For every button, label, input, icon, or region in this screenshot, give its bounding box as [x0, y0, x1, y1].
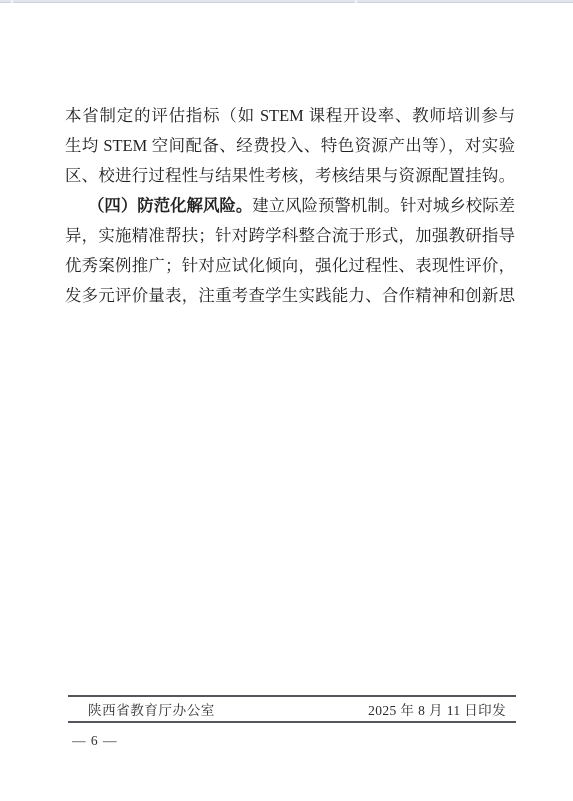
top-edge-notch [11, 0, 13, 3]
page-number: — 6 — [72, 733, 118, 749]
footer-rule-bottom [68, 721, 516, 723]
body-line: 生均 STEM 空间配备、经费投入、特色资源产出等），对实验 [65, 131, 515, 161]
text-run: 建立风险预警机制。针对城乡校际差 [252, 196, 515, 215]
body-text: 本省制定的评估指标（如 STEM 课程开设率、教师培训参与率、 生均 STEM … [65, 101, 515, 311]
body-line: （四）防范化解风险。建立风险预警机制。针对城乡校际差 [65, 191, 515, 221]
paragraph-1: 本省制定的评估指标（如 STEM 课程开设率、教师培训参与率、 生均 STEM … [65, 101, 515, 191]
window-top-edge [0, 0, 573, 3]
top-edge-notch [355, 0, 357, 3]
footer-issuer: 陕西省教育厅办公室 [88, 699, 215, 719]
footer-row: 陕西省教育厅办公室 2025 年 8 月 11 日印发 [68, 697, 516, 721]
section-heading-bold: （四）防范化解风险。 [88, 196, 252, 215]
body-line: 发多元评价量表，注重考查学生实践能力、合作精神和创新思维。 [65, 281, 515, 311]
paragraph-2: （四）防范化解风险。建立风险预警机制。针对城乡校际差 异，实施精准帮扶；针对跨学… [65, 191, 515, 311]
body-line: 区、校进行过程性与结果性考核，考核结果与资源配置挂钩。 [65, 161, 515, 191]
body-line: 本省制定的评估指标（如 STEM 课程开设率、教师培训参与率、 [65, 101, 515, 131]
document-page: 本省制定的评估指标（如 STEM 课程开设率、教师培训参与率、 生均 STEM … [0, 0, 573, 801]
body-line: 优秀案例推广；针对应试化倾向，强化过程性、表现性评价，开 [65, 251, 515, 281]
footer-print-date: 2025 年 8 月 11 日印发 [368, 699, 506, 719]
body-line: 异，实施精准帮扶；针对跨学科整合流于形式，加强教研指导与 [65, 221, 515, 251]
